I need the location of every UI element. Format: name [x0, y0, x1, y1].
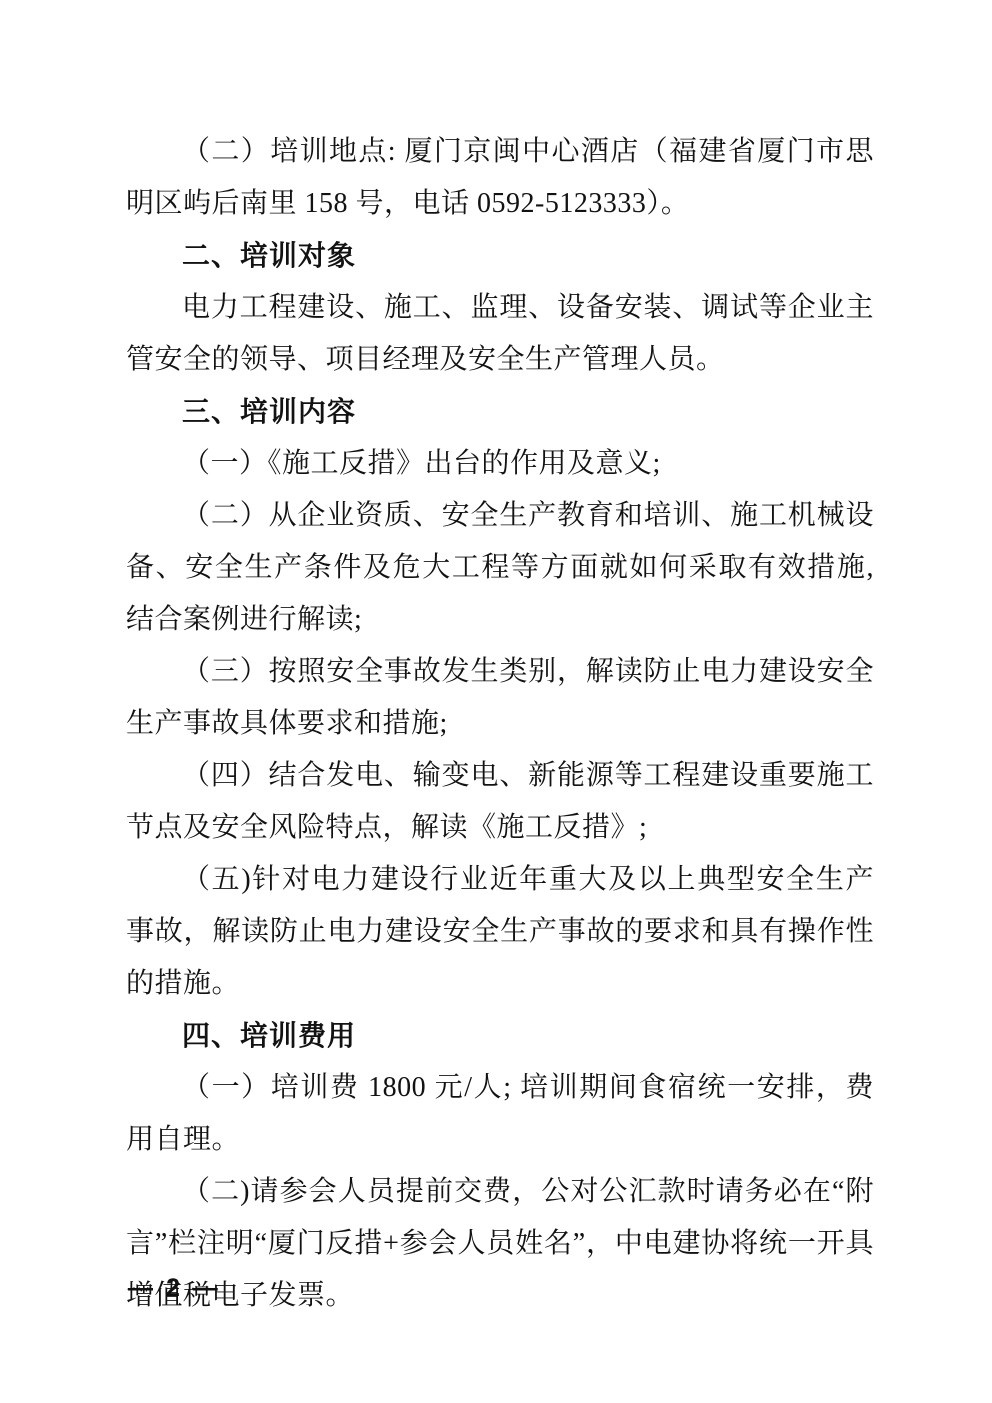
para-content-item-1: （一）《施工反措》出台的作用及意义; [126, 438, 874, 490]
para-content-item-4: （四）结合发电、输变电、新能源等工程建设重要施工节点及安全风险特点，解读《施工反… [126, 750, 874, 854]
para-training-target: 电力工程建设、施工、监理、设备安装、调试等企业主管安全的领导、项目经理及安全生产… [126, 282, 874, 386]
heading-section-2-training-target: 二、培训对象 [126, 230, 874, 282]
para-fee-item-1: （一）培训费 1800 元/人; 培训期间食宿统一安排，费用自理。 [126, 1062, 874, 1166]
para-content-item-5: （五)针对电力建设行业近年重大及以上典型安全生产事故，解读防止电力建设安全生产事… [126, 854, 874, 1010]
document-page: （二）培训地点: 厦门京闽中心酒店（福建省厦门市思明区屿后南里 158 号，电话… [0, 0, 992, 1403]
para-fee-item-2: （二)请参会人员提前交费，公对公汇款时请务必在“附言”栏注明“厦门反措+参会人员… [126, 1166, 874, 1322]
document-body: （二）培训地点: 厦门京闽中心酒店（福建省厦门市思明区屿后南里 158 号，电话… [126, 126, 874, 1322]
para-training-location: （二）培训地点: 厦门京闽中心酒店（福建省厦门市思明区屿后南里 158 号，电话… [126, 126, 874, 230]
heading-section-3-training-content: 三、培训内容 [126, 386, 874, 438]
para-content-item-3: （三）按照安全事故发生类别，解读防止电力建设安全生产事故具体要求和措施; [126, 646, 874, 750]
para-content-item-2: （二）从企业资质、安全生产教育和培训、施工机械设备、安全生产条件及危大工程等方面… [126, 490, 874, 646]
page-number: — 2 — [128, 1274, 221, 1303]
heading-section-4-training-fee: 四、培训费用 [126, 1010, 874, 1062]
